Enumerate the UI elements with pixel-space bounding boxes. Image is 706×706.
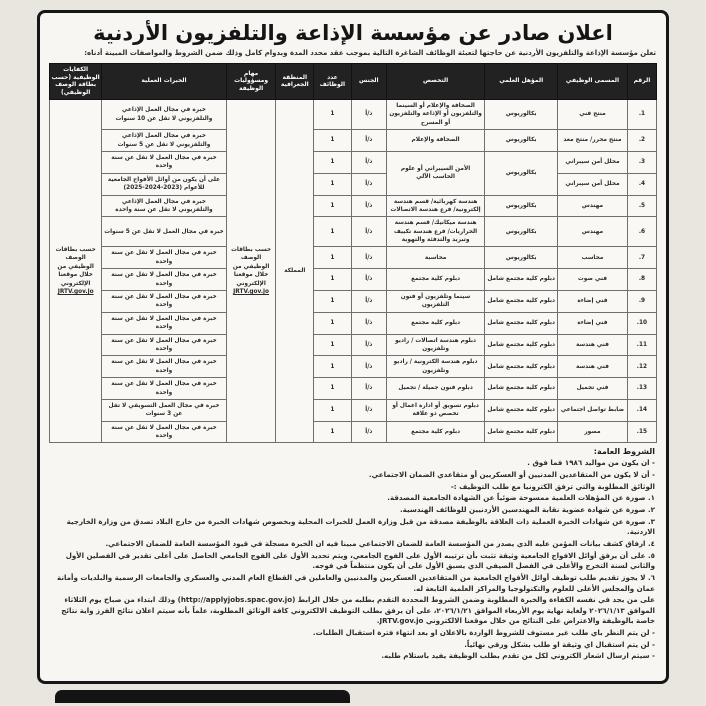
cell-region-merged: المملكة	[276, 99, 314, 443]
cell-count: 1	[314, 399, 352, 421]
cell-experience: خبرة في مجال العمل لا تقل عن سنة واحدة	[102, 247, 226, 269]
cell-experience: خبرة في مجال العمل لا تقل عن سنة واحدة	[102, 356, 226, 378]
column-header-0: الرقم	[627, 63, 656, 99]
cell-gender: ذ/أ	[351, 151, 386, 173]
cell-specialization: دبلوم كلية مجتمع	[386, 269, 484, 291]
job-row-4: .4محلل أمن سيبرانيذ/أ1على أن يكون من أوا…	[50, 173, 657, 195]
cell-qualification: دبلوم كلية مجتمع شامل	[485, 421, 558, 443]
cell-count: 1	[314, 334, 352, 356]
cell-qualification: دبلوم كلية مجتمع شامل	[485, 269, 558, 291]
job-row-2: .2منتج محرر/ منتج معدبكالوريوسالصحافة وا…	[50, 130, 657, 152]
cell-count: 1	[314, 151, 352, 173]
conditions-section: الشروط العامة: - ان يكون من مواليد ١٩٨٦ …	[49, 447, 657, 662]
condition-item-4: ١. صورة عن المؤهلات العلمية ممسوحة ضوئيا…	[51, 493, 655, 504]
cell-qualification: دبلوم كلية مجتمع شامل	[485, 356, 558, 378]
cell-gender: ذ/أ	[351, 269, 386, 291]
cell-count: 1	[314, 378, 352, 400]
job-row-7: .7محاسببكالوريوسمحاسبةذ/أ1خبرة في مجال ا…	[50, 247, 657, 269]
job-row-15: .15مصوردبلوم كلية مجتمع شاملدبلوم كلية م…	[50, 421, 657, 443]
cell-tasks-merged-text: حسب بطاقات الوصف الوظيفي من خلال موقعنا …	[229, 246, 274, 288]
cell-job-title: فني إضاءة	[558, 291, 628, 313]
announcement: اعلان صادر عن مؤسسة الإذاعة والتلفزيون ا…	[37, 10, 669, 684]
job-row-14: .14ضابط تواصل اجتماعيدبلوم كلية مجتمع شا…	[50, 399, 657, 421]
cell-job-title: فني صوت	[558, 269, 628, 291]
cell-job-title: مهندس	[558, 195, 628, 217]
cell-job-title: فني تجميل	[558, 378, 628, 400]
cell-gender: ذ/أ	[351, 247, 386, 269]
cell-gender: ذ/أ	[351, 99, 386, 129]
conditions-list: - ان يكون من مواليد ١٩٨٦ فما فوق .- أن ل…	[51, 458, 655, 662]
cell-gender: ذ/أ	[351, 399, 386, 421]
cell-gender: ذ/أ	[351, 130, 386, 152]
cell-specialization: دبلوم كلية مجتمع	[386, 312, 484, 334]
cell-gender: ذ/أ	[351, 195, 386, 217]
job-row-9: .9فني إضاءةدبلوم كلية مجتمع شاملسينما وت…	[50, 291, 657, 313]
cell-number: .6	[627, 217, 656, 247]
cell-experience: خبرة في مجال العمل لا تقل عن سنة واحدة	[102, 151, 226, 173]
newspaper-page: { "announcement": { "title": "اعلان صادر…	[0, 0, 706, 706]
condition-item-1: - ان يكون من مواليد ١٩٨٦ فما فوق .	[51, 458, 655, 469]
cell-specialization: دبلوم هندسة اتصالات / راديو وتلفزيون	[386, 334, 484, 356]
cell-gender: ذ/أ	[351, 334, 386, 356]
next-ad-edge	[55, 690, 350, 703]
job-row-5: .5مهندسبكالوريوسهندسة كهربائية/ قسم هندس…	[50, 195, 657, 217]
cell-number: .2	[627, 130, 656, 152]
condition-item-9: ٦. لا يجوز تقديم طلب توظيف أوائل الأفواج…	[51, 573, 655, 594]
column-header-3: التخصص	[386, 63, 484, 99]
cell-qualification: دبلوم كلية مجتمع شامل	[485, 291, 558, 313]
cell-qualification: بكالوريوس	[485, 195, 558, 217]
cell-number: .7	[627, 247, 656, 269]
cell-qualification: دبلوم كلية مجتمع شامل	[485, 399, 558, 421]
job-row-1: .1منتج فنيبكالوريوسالصحافة والإعلام أو ا…	[50, 99, 657, 129]
condition-item-10: على من يجد في نفسه الكفاءة والخبرة المطل…	[51, 595, 655, 627]
cell-number: .12	[627, 356, 656, 378]
cell-qualification: بكالوريوس	[485, 130, 558, 152]
jrtv-link[interactable]: JRTV.gov.jo	[58, 288, 94, 296]
job-row-13: .13فني تجميلدبلوم كلية مجتمع شاملدبلوم ف…	[50, 378, 657, 400]
column-header-7: مهام ومسؤوليات الوظيفة	[226, 63, 276, 99]
column-header-9: الكفايات الوظيفية (حسب بطاقة الوصف الوظي…	[50, 63, 102, 99]
cell-qualification: بكالوريوس	[485, 247, 558, 269]
cell-qualification: بكالوريوس	[485, 217, 558, 247]
cell-tasks-merged: حسب بطاقات الوصف الوظيفي من خلال موقعنا …	[226, 99, 276, 443]
cell-specialization: الصحافة والإعلام أو السينما والتلفزيون أ…	[386, 99, 484, 129]
conditions-heading: الشروط العامة:	[51, 447, 655, 456]
cell-number: .4	[627, 173, 656, 195]
job-row-10: .10فني إضاءةدبلوم كلية مجتمع شاملدبلوم ك…	[50, 312, 657, 334]
column-header-8: الخبرات العملية	[102, 63, 226, 99]
cell-job-title: فني هندسة	[558, 334, 628, 356]
cell-count: 1	[314, 312, 352, 334]
cell-gender: ذ/أ	[351, 312, 386, 334]
cell-number: .1	[627, 99, 656, 129]
cell-specialization: هندسة كهربائية/ قسم هندسة إلكترونية/ فرع…	[386, 195, 484, 217]
cell-count: 1	[314, 217, 352, 247]
cell-number: .3	[627, 151, 656, 173]
cell-job-title: منتج فني	[558, 99, 628, 129]
condition-item-3: الوثائق المطلوبة والتي ترفق الكترونيا مع…	[51, 482, 655, 493]
cell-specialization: هندسة ميكانيك/ قسم هندسة الحراريات/ فرع …	[386, 217, 484, 247]
cell-specialization: محاسبة	[386, 247, 484, 269]
cell-experience: خبرة في مجال العمل لا تقل عن سنة واحدة	[102, 291, 226, 313]
cell-count: 1	[314, 247, 352, 269]
cell-gender: ذ/أ	[351, 173, 386, 195]
cell-experience: خبرة في مجال العمل التسويقي لا تقل عن 3 …	[102, 399, 226, 421]
cell-experience: على أن يكون من أوائل الأفواج الجامعية لل…	[102, 173, 226, 195]
jobs-table: الرقمالمسمى الوظيفيالمؤهل العلميالتخصصال…	[49, 63, 657, 444]
cell-job-title: ضابط تواصل اجتماعي	[558, 399, 628, 421]
cell-count: 1	[314, 421, 352, 443]
cell-job-title: فني هندسة	[558, 356, 628, 378]
condition-item-6: ٣. صورة عن شهادات الخبرة العملية ذات الع…	[51, 517, 655, 538]
cell-number: .13	[627, 378, 656, 400]
cell-job-title: محاسب	[558, 247, 628, 269]
cell-gender: ذ/أ	[351, 356, 386, 378]
cell-experience: خبرة في مجال العمل الإذاعي والتلفزيوني ل…	[102, 99, 226, 129]
column-header-4: الجنس	[351, 63, 386, 99]
cell-number: .9	[627, 291, 656, 313]
cell-competencies-merged-text: حسب بطاقات الوصف الوظيفي من خلال موقعنا …	[52, 246, 99, 288]
cell-qualification: بكالوريوس	[485, 99, 558, 129]
cell-gender: ذ/أ	[351, 378, 386, 400]
cell-experience: خبرة في مجال العمل لا تقل عن سنة واحدة	[102, 312, 226, 334]
cell-experience: خبرة في مجال العمل لا تقل عن سنة واحدة	[102, 269, 226, 291]
condition-item-7: ٤. ارفاق كشف بيانات المؤمن عليه الذي يصد…	[51, 539, 655, 550]
cell-experience: خبرة في مجال العمل لا تقل عن سنة واحدة	[102, 378, 226, 400]
cell-specialization: دبلوم هندسة الكترونية / راديو وتلفزيون	[386, 356, 484, 378]
cell-number: .14	[627, 399, 656, 421]
cell-job-title: مصور	[558, 421, 628, 443]
condition-item-11: - لن يتم النظر باي طلب غير مستوف للشروط …	[51, 628, 655, 639]
cell-gender: ذ/أ	[351, 291, 386, 313]
condition-item-13: - سيتم ارسال اشعار الكتروني لكل من تقدم …	[51, 651, 655, 662]
cell-count: 1	[314, 195, 352, 217]
jrtv-link[interactable]: JRTV.gov.jo	[233, 288, 269, 296]
cell-count: 1	[314, 130, 352, 152]
jobs-table-header: الرقمالمسمى الوظيفيالمؤهل العلميالتخصصال…	[50, 63, 657, 99]
cell-experience: خبرة في مجال العمل الإذاعي والتلفزيوني ل…	[102, 195, 226, 217]
announcement-subtitle: تعلن مؤسسة الإذاعة والتلفزيون الأردنية ع…	[50, 49, 656, 59]
cell-count: 1	[314, 173, 352, 195]
cell-job-title: محلل أمن سيبراني	[558, 173, 628, 195]
job-row-8: .8فني صوتدبلوم كلية مجتمع شاملدبلوم كلية…	[50, 269, 657, 291]
cell-count: 1	[314, 99, 352, 129]
condition-item-8: ٥. على أن يرفق أوائل الافواج الجامعية وث…	[51, 551, 655, 572]
cell-gender: ذ/أ	[351, 217, 386, 247]
condition-item-2: - أن لا يكون من المتقاعدين المدنيين أو ا…	[51, 470, 655, 481]
cell-experience: خبرة في مجال العمل لا تقل عن 5 سنوات	[102, 217, 226, 247]
cell-number: .10	[627, 312, 656, 334]
condition-item-5: ٢. صورة عن شهادة عضوية نقابة المهندسين ا…	[51, 505, 655, 516]
cell-number: .5	[627, 195, 656, 217]
cell-specialization: دبلوم تسويق أو ادارة اعمال أو تخصص ذو عل…	[386, 399, 484, 421]
cell-job-title: محلل أمن سيبراني	[558, 151, 628, 173]
cell-number: .8	[627, 269, 656, 291]
column-header-5: عدد الوظائف	[314, 63, 352, 99]
cell-qualification: دبلوم كلية مجتمع شامل	[485, 378, 558, 400]
job-row-3: .3محلل أمن سيبرانيبكالوريوسالأمن السيبرا…	[50, 151, 657, 173]
column-header-2: المؤهل العلمي	[485, 63, 558, 99]
cell-qualification: دبلوم كلية مجتمع شامل	[485, 312, 558, 334]
cell-qualification: بكالوريوس	[485, 151, 558, 195]
job-row-12: .12فني هندسةدبلوم كلية مجتمع شاملدبلوم ه…	[50, 356, 657, 378]
condition-item-12: - لن يتم استقبال اي وثيقة او طلب بشكل ور…	[51, 640, 655, 651]
cell-count: 1	[314, 269, 352, 291]
cell-job-title: مهندس	[558, 217, 628, 247]
cell-job-title: منتج محرر/ منتج معد	[558, 130, 628, 152]
cell-count: 1	[314, 356, 352, 378]
cell-specialization: الصحافة والإعلام	[386, 130, 484, 152]
cell-specialization: دبلوم كلية مجتمع	[386, 421, 484, 443]
cell-experience: خبرة في مجال العمل الإذاعي والتلفزيوني ل…	[102, 130, 226, 152]
job-row-6: .6مهندسبكالوريوسهندسة ميكانيك/ قسم هندسة…	[50, 217, 657, 247]
column-header-6: المنطقة الجغرافية	[276, 63, 314, 99]
cell-gender: ذ/أ	[351, 421, 386, 443]
cell-number: .15	[627, 421, 656, 443]
cell-specialization: سينما وتلفزيون أو فنون التلفزيون	[386, 291, 484, 313]
cell-experience: خبرة في مجال العمل لا تقل عن سنة واحدة	[102, 334, 226, 356]
cell-number: .11	[627, 334, 656, 356]
job-row-11: .11فني هندسةدبلوم كلية مجتمع شاملدبلوم ه…	[50, 334, 657, 356]
announcement-title: اعلان صادر عن مؤسسة الإذاعة والتلفزيون ا…	[49, 21, 657, 45]
cell-count: 1	[314, 291, 352, 313]
cell-specialization: الأمن السيبراني أو علوم الحاسب الآلي	[386, 151, 484, 195]
cell-job-title: فني إضاءة	[558, 312, 628, 334]
cell-qualification: دبلوم كلية مجتمع شامل	[485, 334, 558, 356]
cell-competencies-merged: حسب بطاقات الوصف الوظيفي من خلال موقعنا …	[50, 99, 102, 443]
cell-specialization: دبلوم فنون جميلة / تجميل	[386, 378, 484, 400]
column-header-1: المسمى الوظيفي	[558, 63, 628, 99]
cell-experience: خبرة في مجال العمل لا تقل عن سنة واحدة	[102, 421, 226, 443]
